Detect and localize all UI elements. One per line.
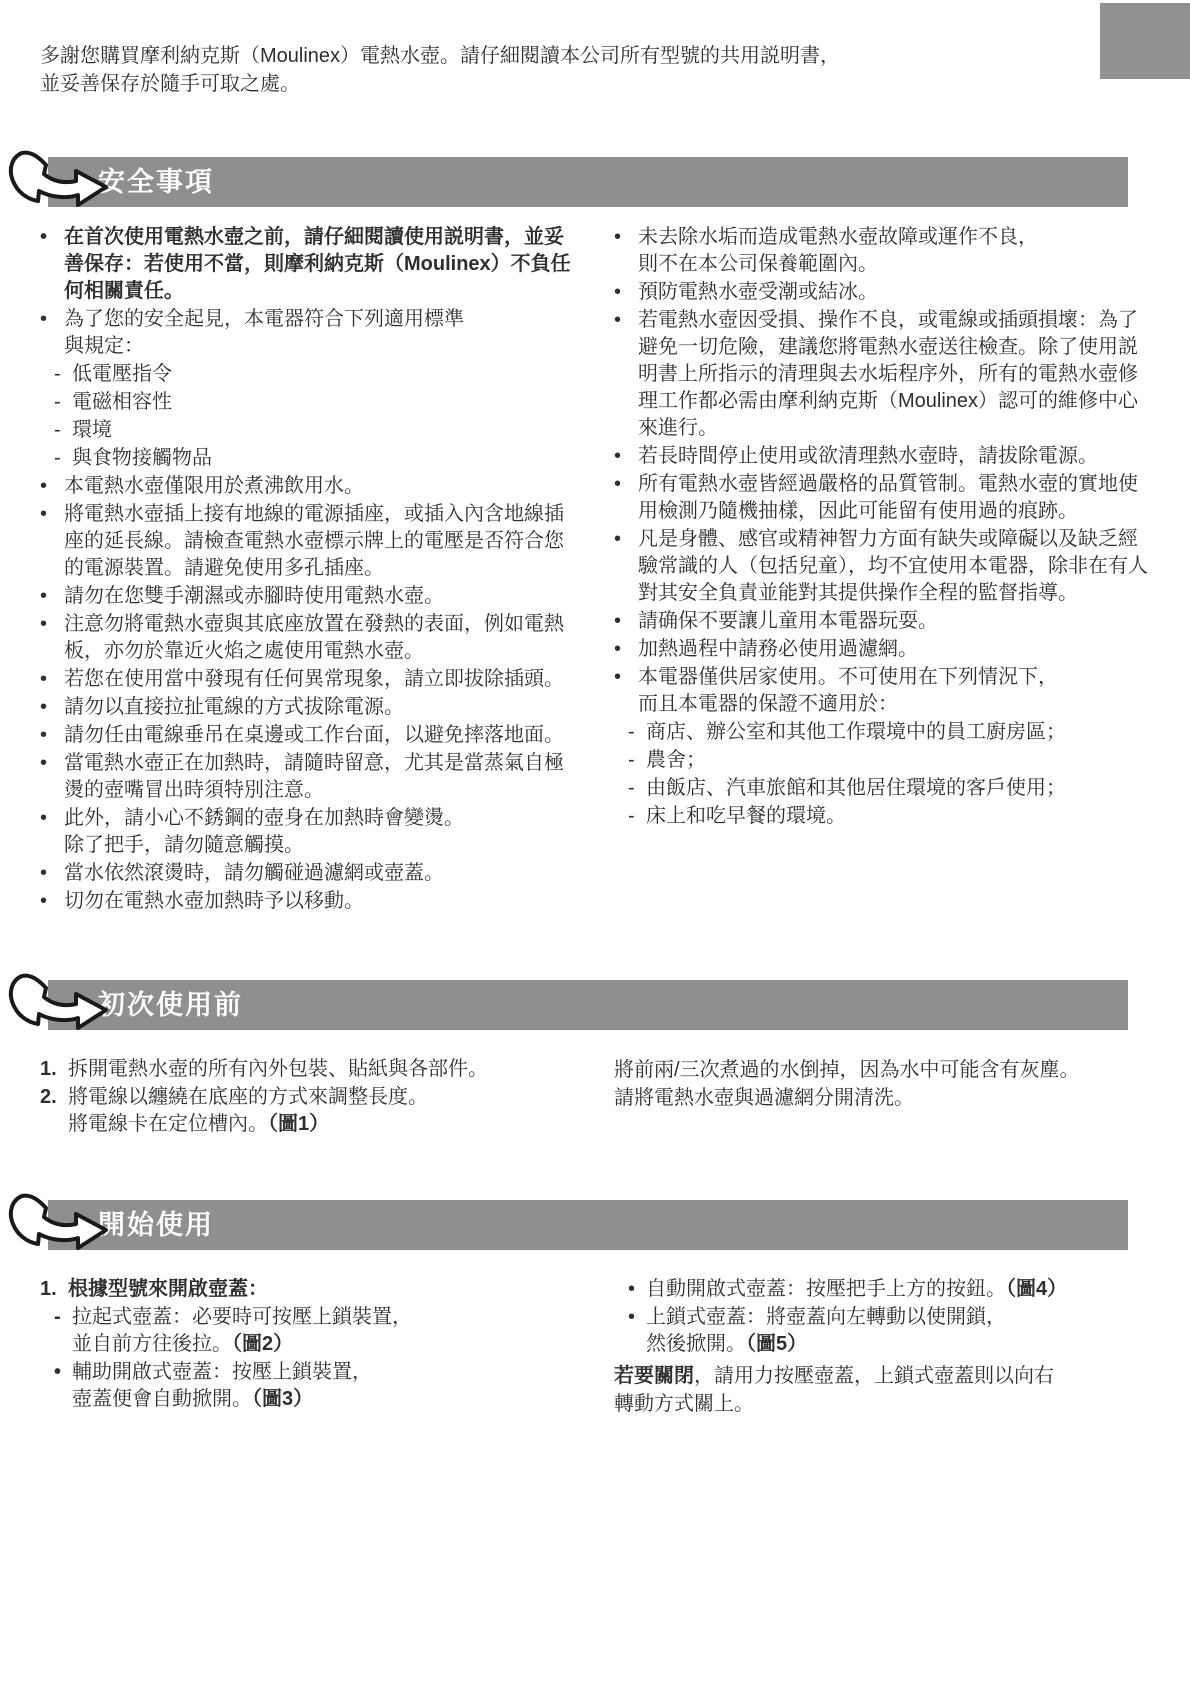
list-item-text: 預防電熱水壺受潮或結冰。: [638, 279, 1152, 306]
bullet-marker: -: [628, 775, 646, 802]
rinse-note: 將前兩/三次煮過的水倒掉，因為水中可能含有灰塵。 請將電熱水壺與過濾網分開清洗。: [614, 1056, 1152, 1112]
list-item: • 所有電熱水壺皆經過嚴格的品質管制。電熱水壺的實地使用檢測乃隨機抽樣，因此可能…: [614, 471, 1152, 525]
bullet-marker: •: [614, 471, 638, 525]
bullet-marker: •: [40, 473, 64, 500]
list-item: • 請勿在您雙手潮濕或赤腳時使用電熱水壺。: [40, 583, 578, 610]
list-item-text: 請勿任由電線垂吊在桌邊或工作台面，以避免摔落地面。: [64, 722, 578, 749]
bullet-marker: •: [40, 694, 64, 721]
list-item-text: 床上和吃早餐的環境。: [646, 803, 1152, 830]
list-item: - 床上和吃早餐的環境。: [614, 803, 1152, 830]
bullet-marker: •: [40, 888, 64, 915]
bullet-marker: -: [54, 361, 72, 388]
bullet-marker: •: [40, 750, 64, 804]
list-item-text: 未去除水垢而造成電熱水壺故障或運作不良， 則不在本公司保養範圍內。: [638, 224, 1152, 278]
getting-started-right-column: • 自動開啟式壺蓋：按壓把手上方的按鈕。（圖4） • 上鎖式壺蓋：將壺蓋向左轉動…: [614, 1276, 1152, 1418]
bullet-marker: •: [614, 224, 638, 278]
bullet-marker: •: [614, 307, 638, 442]
safety-right-column: • 未去除水垢而造成電熱水壺故障或運作不良， 則不在本公司保養範圍內。 • 預防…: [614, 224, 1152, 831]
list-item-text: 為了您的安全起見，本電器符合下列適用標準 與規定：: [64, 306, 578, 360]
safety-content: • 在首次使用電熱水壺之前，請仔細閱讀使用説明書，並妥善保存：若使用不當，則摩利…: [40, 224, 1152, 916]
list-item: • 輔助開啟式壺蓋：按壓上鎖裝置， 壺蓋便會自動掀開。（圖3）: [40, 1359, 578, 1413]
bullet-marker: -: [54, 417, 72, 444]
list-item: • 在首次使用電熱水壺之前，請仔細閱讀使用説明書，並妥善保存：若使用不當，則摩利…: [40, 224, 578, 305]
section-arrow-icon: [8, 970, 110, 1034]
list-item-text: 若電熱水壺因受損、操作不良，或電線或插頭損壞：為了避免一切危險，建議您將電熱水壺…: [638, 307, 1152, 442]
close-lid-note: 若要關閉，請用力按壓壺蓋，上鎖式壺蓋則以向右 轉動方式關上。: [614, 1362, 1152, 1418]
bullet-marker: •: [628, 1276, 646, 1303]
list-item: • 加熱過程中請務必使用過濾網。: [614, 636, 1152, 663]
list-item-text: 農舍；: [646, 747, 1152, 774]
corner-block: [1100, 3, 1190, 79]
before-first-use-content: 1. 拆開電熱水壺的所有內外包裝、貼紙與各部件。 2. 將電線以纏繞在底座的方式…: [40, 1056, 1152, 1139]
bullet-marker: -: [54, 389, 72, 416]
list-item: - 由飯店、汽車旅館和其他居住環境的客戶使用；: [614, 775, 1152, 802]
list-item-text: 若長時間停止使用或欲清理熱水壺時，請拔除電源。: [638, 443, 1152, 470]
list-item: - 農舍；: [614, 747, 1152, 774]
list-item-text: 自動開啟式壺蓋：按壓把手上方的按鈕。（圖4）: [646, 1276, 1152, 1303]
list-item-text: 低電壓指令: [72, 361, 578, 388]
section-banner-getting-started: 開始使用: [48, 1200, 1128, 1250]
bullet-marker: •: [40, 666, 64, 693]
list-item: • 上鎖式壺蓋：將壺蓋向左轉動以使開鎖， 然後掀開。（圖5）: [614, 1304, 1152, 1358]
list-item-text: 當電熱水壺正在加熱時，請隨時留意，尤其是當蒸氣自極燙的壺嘴冒出時須特別注意。: [64, 750, 578, 804]
section-banner-before-first-use: 初次使用前: [48, 980, 1128, 1030]
list-item-text: 輔助開啟式壺蓋：按壓上鎖裝置， 壺蓋便會自動掀開。（圖3）: [72, 1359, 578, 1413]
bullet-marker: -: [628, 719, 646, 746]
list-item: • 將電熱水壺插上接有地線的電源插座，或插入內含地線插座的延長線。請檢查電熱水壺…: [40, 501, 578, 582]
list-item-text: 商店、辦公室和其他工作環境中的員工廚房區；: [646, 719, 1152, 746]
list-item: - 拉起式壺蓋：必要時可按壓上鎖裝置， 並自前方往後拉。（圖2）: [40, 1304, 578, 1358]
list-item: - 與食物接觸物品: [40, 445, 578, 472]
bullet-marker: •: [54, 1359, 72, 1413]
figure-ref: （圖3）: [252, 1388, 313, 1410]
bullet-marker: •: [40, 805, 64, 859]
numbered-item: 1. 拆開電熱水壺的所有內外包裝、貼紙與各部件。: [40, 1056, 578, 1083]
list-item-text: 請确保不要讓儿童用本電器玩耍。: [638, 608, 1152, 635]
bullet-marker: •: [614, 664, 638, 718]
list-item-text: 切勿在電熱水壺加熱時予以移動。: [64, 888, 578, 915]
figure-ref: （圖1）: [268, 1113, 329, 1135]
list-item-text: 環境: [72, 417, 578, 444]
list-item-text: 與食物接觸物品: [72, 445, 578, 472]
list-item: - 環境: [40, 417, 578, 444]
bullet-marker: •: [614, 608, 638, 635]
figure-ref: （圖5）: [746, 1333, 807, 1355]
bullet-marker: •: [40, 583, 64, 610]
list-item: - 電磁相容性: [40, 389, 578, 416]
bullet-marker: •: [40, 501, 64, 582]
list-item-text: 將電熱水壺插上接有地線的電源插座，或插入內含地線插座的延長線。請檢查電熱水壺標示…: [64, 501, 578, 582]
getting-started-content: 1. 根據型號來開啟壺蓋： - 拉起式壺蓋：必要時可按壓上鎖裝置， 並自前方往後…: [40, 1276, 1152, 1418]
manual-page: 多謝您購買摩利納克斯（Moulinex）電熱水壺。請仔細閱讀本公司所有型號的共用…: [0, 0, 1190, 1684]
list-item-text: 拆開電熱水壺的所有內外包裝、貼紙與各部件。: [68, 1056, 578, 1083]
figure-ref: （圖2）: [232, 1333, 293, 1355]
safety-left-column: • 在首次使用電熱水壺之前，請仔細閱讀使用説明書，並妥善保存：若使用不當，則摩利…: [40, 224, 578, 916]
list-item-text: 根據型號來開啟壺蓋：: [68, 1276, 578, 1303]
list-item: • 切勿在電熱水壺加熱時予以移動。: [40, 888, 578, 915]
list-item: • 注意勿將電熱水壺與其底座放置在發熱的表面，例如電熱板，亦勿於靠近火焰之處使用…: [40, 611, 578, 665]
list-item: 1. 根據型號來開啟壺蓋：: [40, 1276, 578, 1303]
list-item-text: 將電線以纏繞在底座的方式來調整長度。 將電線卡在定位槽內。（圖1）: [68, 1084, 578, 1138]
list-item: • 請确保不要讓儿童用本電器玩耍。: [614, 608, 1152, 635]
list-item: • 若您在使用當中發現有任何異常現象，請立即拔除插頭。: [40, 666, 578, 693]
list-item-text: 請勿以直接拉扯電線的方式拔除電源。: [64, 694, 578, 721]
numbered-item: 2. 將電線以纏繞在底座的方式來調整長度。 將電線卡在定位槽內。（圖1）: [40, 1084, 578, 1138]
figure-ref: （圖4）: [1006, 1278, 1067, 1300]
list-item: • 當水依然滾燙時，請勿觸碰過濾網或壺蓋。: [40, 860, 578, 887]
list-item: • 凡是身體、感官或精神智力方面有缺失或障礙以及缺乏經驗常識的人（包括兒童），均…: [614, 526, 1152, 607]
list-item: • 請勿任由電線垂吊在桌邊或工作台面，以避免摔落地面。: [40, 722, 578, 749]
list-item-text: 上鎖式壺蓋：將壺蓋向左轉動以使開鎖， 然後掀開。（圖5）: [646, 1304, 1152, 1358]
bullet-marker: •: [628, 1304, 646, 1358]
number-marker: 1.: [40, 1056, 68, 1083]
list-item: • 若電熱水壺因受損、操作不良，或電線或插頭損壞：為了避免一切危險，建議您將電熱…: [614, 307, 1152, 442]
list-item: • 當電熱水壺正在加熱時，請隨時留意，尤其是當蒸氣自極燙的壺嘴冒出時須特別注意。: [40, 750, 578, 804]
section-arrow-icon: [8, 1190, 110, 1254]
list-item-text: 電磁相容性: [72, 389, 578, 416]
getting-started-left-column: 1. 根據型號來開啟壺蓋： - 拉起式壺蓋：必要時可按壓上鎖裝置， 並自前方往後…: [40, 1276, 578, 1414]
list-item: - 低電壓指令: [40, 361, 578, 388]
list-item: • 為了您的安全起見，本電器符合下列適用標準 與規定：: [40, 306, 578, 360]
bullet-marker: •: [614, 279, 638, 306]
list-item-text: 在首次使用電熱水壺之前，請仔細閱讀使用説明書，並妥善保存：若使用不當，則摩利納克…: [64, 224, 578, 305]
bullet-marker: -: [628, 747, 646, 774]
bullet-marker: •: [614, 636, 638, 663]
list-item-text: 注意勿將電熱水壺與其底座放置在發熱的表面，例如電熱板，亦勿於靠近火焰之處使用電熱…: [64, 611, 578, 665]
list-item: • 請勿以直接拉扯電線的方式拔除電源。: [40, 694, 578, 721]
getting-started-right-list: • 自動開啟式壺蓋：按壓把手上方的按鈕。（圖4） • 上鎖式壺蓋：將壺蓋向左轉動…: [614, 1276, 1152, 1358]
section-arrow-icon: [8, 147, 110, 211]
list-item: • 預防電熱水壺受潮或結冰。: [614, 279, 1152, 306]
list-item: • 未去除水垢而造成電熱水壺故障或運作不良， 則不在本公司保養範圍內。: [614, 224, 1152, 278]
list-item-text: 所有電熱水壺皆經過嚴格的品質管制。電熱水壺的實地使用檢測乃隨機抽樣，因此可能留有…: [638, 471, 1152, 525]
list-item: - 商店、辦公室和其他工作環境中的員工廚房區；: [614, 719, 1152, 746]
bullet-marker: -: [54, 445, 72, 472]
list-item: • 本電熱水壺僅限用於煮沸飲用水。: [40, 473, 578, 500]
list-item-text: 請勿在您雙手潮濕或赤腳時使用電熱水壺。: [64, 583, 578, 610]
list-item-text: 本電器僅供居家使用。不可使用在下列情況下， 而且本電器的保證不適用於：: [638, 664, 1152, 718]
section-banner-safety: 安全事項: [48, 157, 1128, 207]
intro-text: 多謝您購買摩利納克斯（Moulinex）電熱水壺。請仔細閱讀本公司所有型號的共用…: [40, 42, 980, 98]
bullet-marker: •: [614, 443, 638, 470]
list-item-text: 拉起式壺蓋：必要時可按壓上鎖裝置， 並自前方往後拉。（圖2）: [72, 1304, 578, 1358]
bullet-marker: •: [40, 611, 64, 665]
list-item-text: 由飯店、汽車旅館和其他居住環境的客戶使用；: [646, 775, 1152, 802]
bullet-marker: 1.: [40, 1276, 68, 1303]
list-item-text: 加熱過程中請務必使用過濾網。: [638, 636, 1152, 663]
bullet-marker: •: [40, 224, 64, 305]
bullet-marker: -: [54, 1304, 72, 1358]
list-item: • 若長時間停止使用或欲清理熱水壺時，請拔除電源。: [614, 443, 1152, 470]
number-marker: 2.: [40, 1084, 68, 1138]
close-lid-note-bold: 若要關閉: [614, 1365, 694, 1387]
bullet-marker: •: [614, 526, 638, 607]
bullet-marker: •: [40, 860, 64, 887]
list-item-text: 本電熱水壺僅限用於煮沸飲用水。: [64, 473, 578, 500]
list-item-text: 若您在使用當中發現有任何異常現象，請立即拔除插頭。: [64, 666, 578, 693]
list-item: • 此外，請小心不銹鋼的壺身在加熱時會變燙。 除了把手，請勿隨意觸摸。: [40, 805, 578, 859]
bullet-marker: •: [40, 306, 64, 360]
list-item: • 本電器僅供居家使用。不可使用在下列情況下， 而且本電器的保證不適用於：: [614, 664, 1152, 718]
bullet-marker: -: [628, 803, 646, 830]
list-item: • 自動開啟式壺蓋：按壓把手上方的按鈕。（圖4）: [614, 1276, 1152, 1303]
list-item-text: 此外，請小心不銹鋼的壺身在加熱時會變燙。 除了把手，請勿隨意觸摸。: [64, 805, 578, 859]
before-first-use-right-column: 將前兩/三次煮過的水倒掉，因為水中可能含有灰塵。 請將電熱水壺與過濾網分開清洗。: [614, 1056, 1152, 1112]
before-first-use-left-column: 1. 拆開電熱水壺的所有內外包裝、貼紙與各部件。 2. 將電線以纏繞在底座的方式…: [40, 1056, 578, 1139]
bullet-marker: •: [40, 722, 64, 749]
list-item-text: 當水依然滾燙時，請勿觸碰過濾網或壺蓋。: [64, 860, 578, 887]
list-item-text: 凡是身體、感官或精神智力方面有缺失或障礙以及缺乏經驗常識的人（包括兒童），均不宜…: [638, 526, 1152, 607]
